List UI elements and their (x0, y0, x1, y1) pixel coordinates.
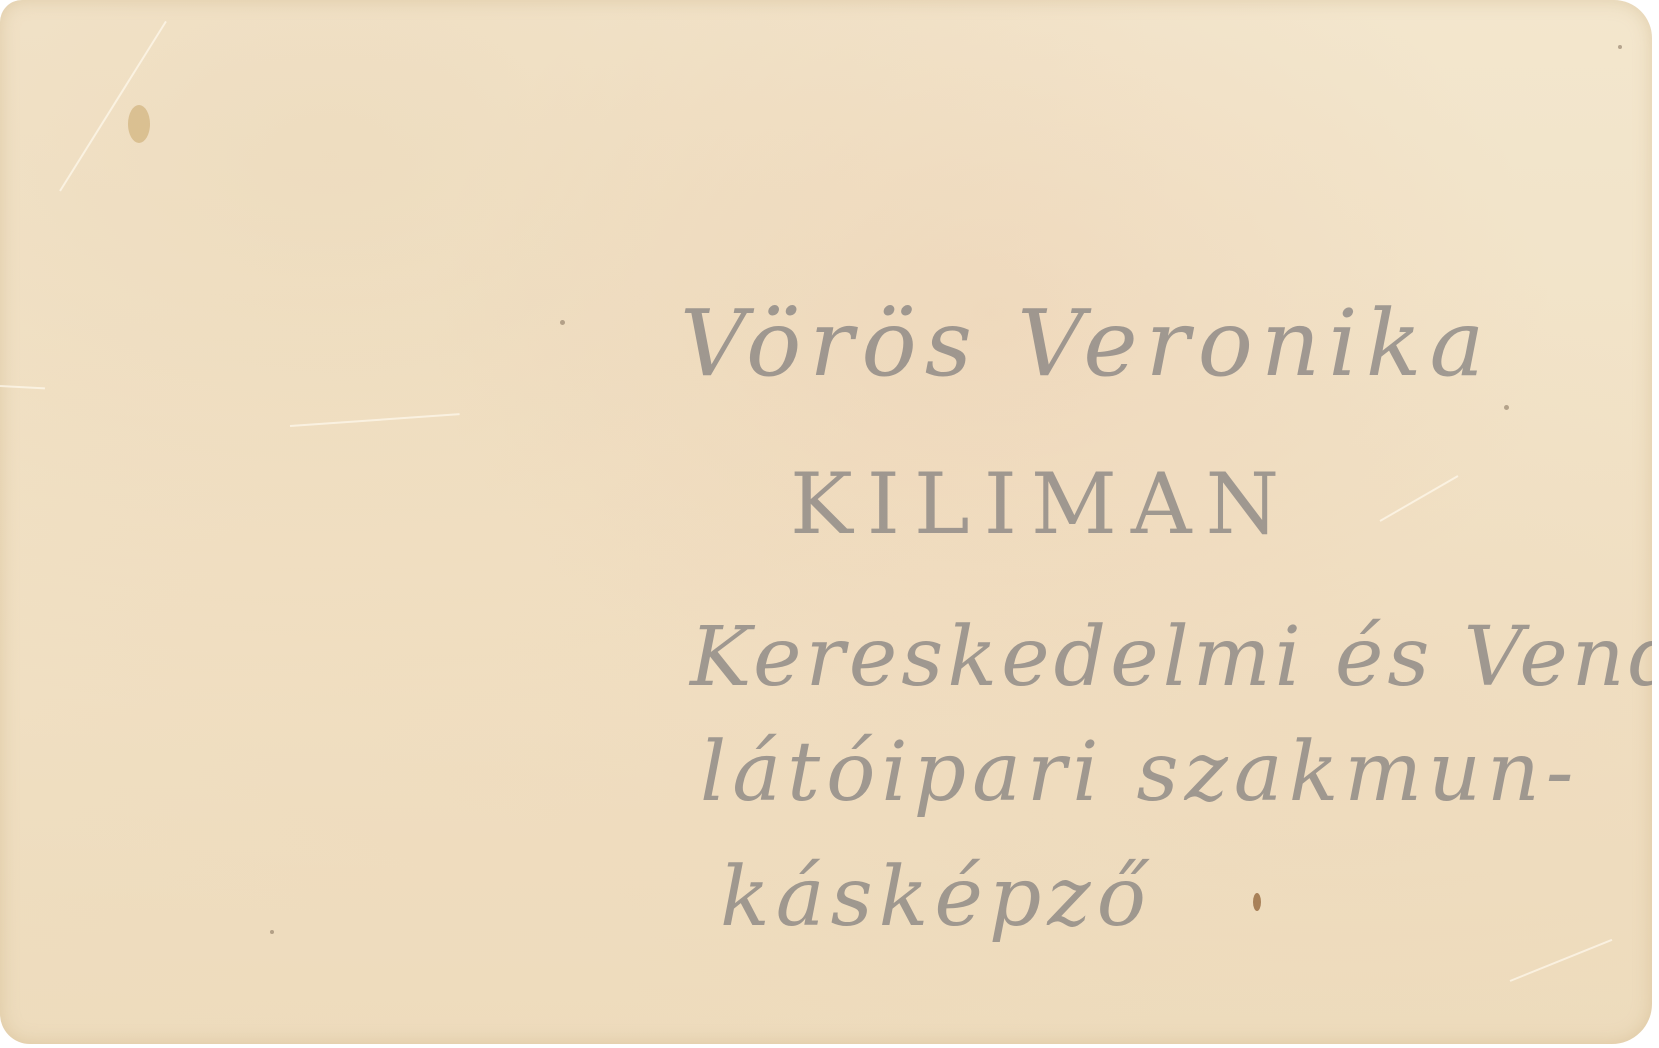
foxing-spot (560, 320, 565, 325)
rust-spot (1253, 893, 1261, 911)
foxing-spot (270, 930, 274, 934)
crease-right (1380, 475, 1459, 522)
foxing-spot (1504, 405, 1509, 410)
inscription-name: Vörös Veronika (680, 290, 1492, 397)
inscription-surname: KILIMAN (790, 455, 1293, 553)
inscription-line-5: kásképző (720, 850, 1152, 945)
inscription-line-4: látóipari szakmun- (700, 725, 1579, 820)
photo-card-back: Vörös Veronika KILIMAN Kereskedelmi és V… (0, 0, 1652, 1044)
crease-top-left (59, 21, 167, 192)
crease-left-middle (290, 413, 460, 427)
crease-bottom-right (1510, 939, 1613, 982)
foxing-spot (1618, 45, 1622, 49)
crease-left-edge (0, 385, 45, 389)
water-stain (128, 105, 150, 143)
inscription-line-3: Kereskedelmi és Vendég- (690, 610, 1652, 705)
